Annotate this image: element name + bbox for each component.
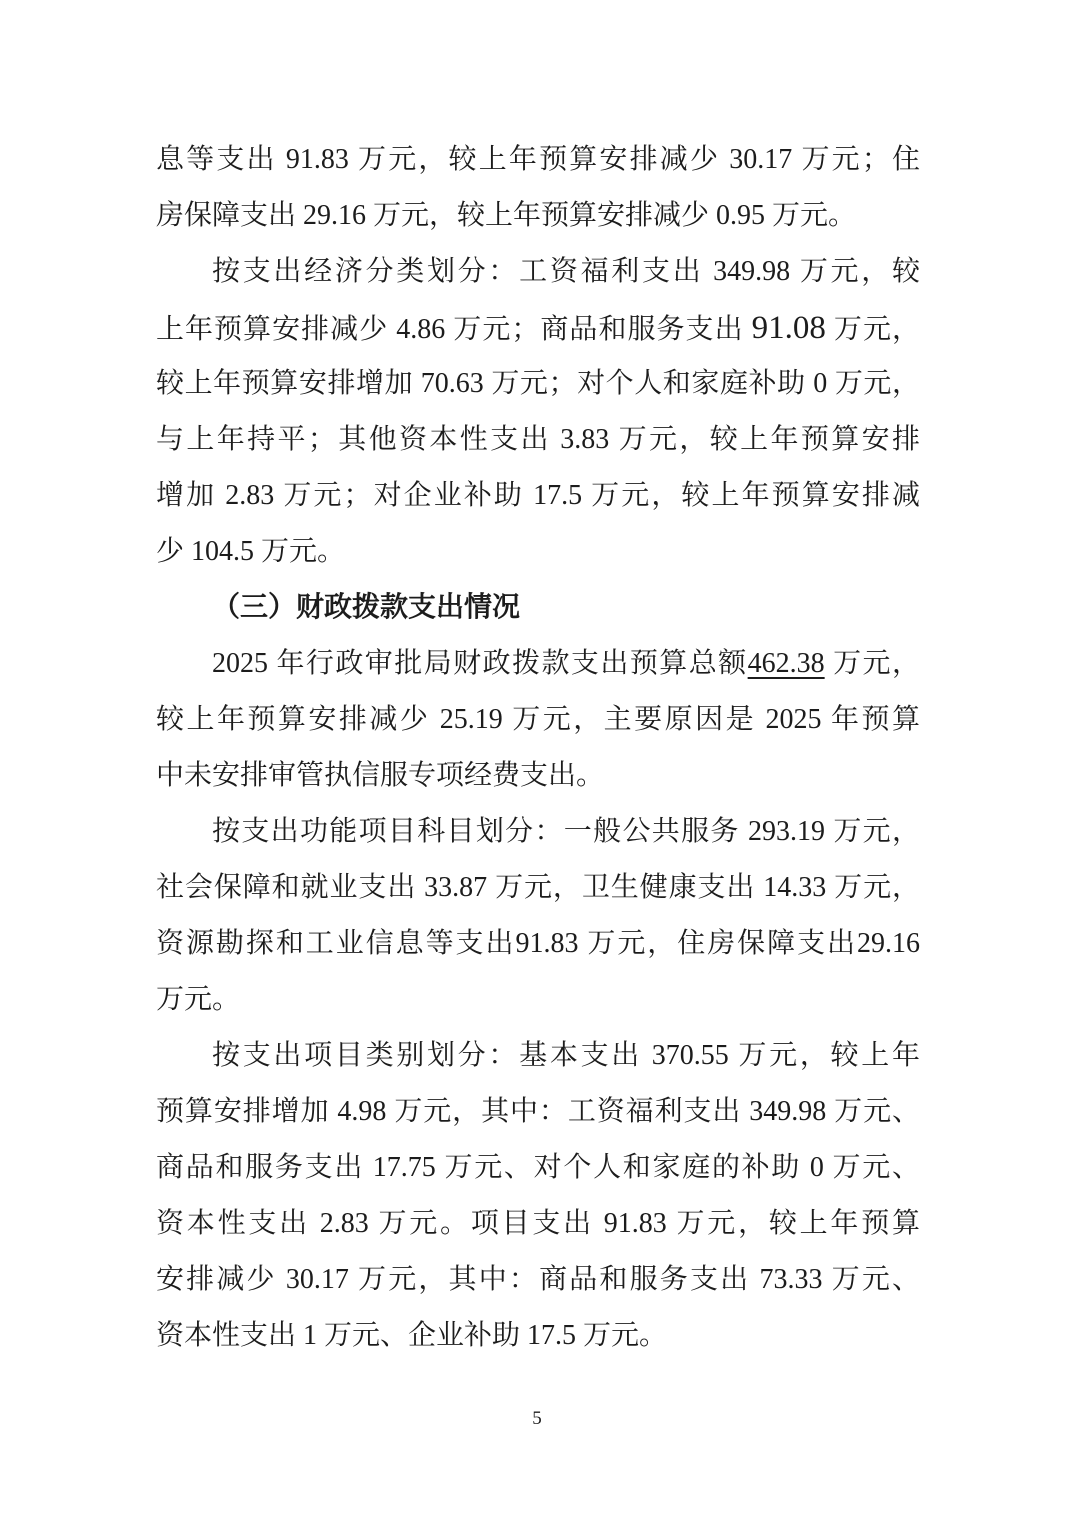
emphasized-amount: 91.08 — [752, 310, 826, 346]
line-segment: 上年预算安排减少 4.86 万元；商品和服务支出 — [156, 314, 752, 345]
body-line: 较上年预算安排减少 25.19 万元，主要原因是 2025 年预算 — [156, 692, 920, 748]
body-line: 资本性支出 1 万元、企业补助 17.5 万元。 — [156, 1308, 920, 1364]
body-line: 万元。 — [156, 972, 920, 1028]
paragraph-expenditure-continuation: 息等支出 91.83 万元，较上年预算安排减少 30.17 万元；住 房保障支出… — [156, 132, 920, 244]
paragraph-by-economic-classification: 按支出经济分类划分：工资福利支出 349.98 万元，较 上年预算安排减少 4.… — [156, 244, 920, 580]
body-line: 中未安排审管执信服专项经费支出。 — [156, 748, 920, 804]
body-line: 上年预算安排减少 4.86 万元；商品和服务支出 91.08 万元， — [156, 300, 920, 356]
body-line: 资源勘探和工业信息等支出91.83 万元，住房保障支出29.16 — [156, 916, 920, 972]
body-line: 社会保障和就业支出 33.87 万元，卫生健康支出 14.33 万元， — [156, 860, 920, 916]
body-line: 资本性支出 2.83 万元。项目支出 91.83 万元，较上年预算 — [156, 1196, 920, 1252]
body-line: 商品和服务支出 17.75 万元、对个人和家庭的补助 0 万元、 — [156, 1140, 920, 1196]
body-line: 少 104.5 万元。 — [156, 524, 920, 580]
body-line: 按支出项目类别划分：基本支出 370.55 万元，较上年 — [156, 1028, 920, 1084]
line-segment: 万元， — [825, 648, 920, 679]
body-line: 预算安排增加 4.98 万元，其中：工资福利支出 349.98 万元、 — [156, 1084, 920, 1140]
body-line: 较上年预算安排增加 70.63 万元；对个人和家庭补助 0 万元， — [156, 356, 920, 412]
body-line: 息等支出 91.83 万元，较上年预算安排减少 30.17 万元；住 — [156, 132, 920, 188]
body-line: 按支出功能项目科目划分：一般公共服务 293.19 万元， — [156, 804, 920, 860]
paragraph-fiscal-appropriation-total: 2025 年行政审批局财政拨款支出预算总额462.38 万元， 较上年预算安排减… — [156, 636, 920, 804]
document-body: 息等支出 91.83 万元，较上年预算安排减少 30.17 万元；住 房保障支出… — [156, 132, 920, 1364]
page-number: 5 — [0, 1404, 1074, 1434]
body-line: 2025 年行政审批局财政拨款支出预算总额462.38 万元， — [156, 636, 920, 692]
paragraph-by-project-category: 按支出项目类别划分：基本支出 370.55 万元，较上年 预算安排增加 4.98… — [156, 1028, 920, 1364]
line-segment: 万元， — [826, 314, 920, 345]
body-line: 按支出经济分类划分：工资福利支出 349.98 万元，较 — [156, 244, 920, 300]
paragraph-by-function-subject: 按支出功能项目科目划分：一般公共服务 293.19 万元， 社会保障和就业支出 … — [156, 804, 920, 1028]
body-line: 房保障支出 29.16 万元，较上年预算安排减少 0.95 万元。 — [156, 188, 920, 244]
underlined-amount: 462.38 — [748, 648, 825, 679]
body-line: 与上年持平；其他资本性支出 3.83 万元，较上年预算安排 — [156, 412, 920, 468]
body-line: 安排减少 30.17 万元，其中：商品和服务支出 73.33 万元、 — [156, 1252, 920, 1308]
section-heading: （三）财政拨款支出情况 — [156, 580, 920, 636]
line-segment: 2025 年行政审批局财政拨款支出预算总额 — [212, 648, 748, 679]
body-line: 增加 2.83 万元；对企业补助 17.5 万元，较上年预算安排减 — [156, 468, 920, 524]
